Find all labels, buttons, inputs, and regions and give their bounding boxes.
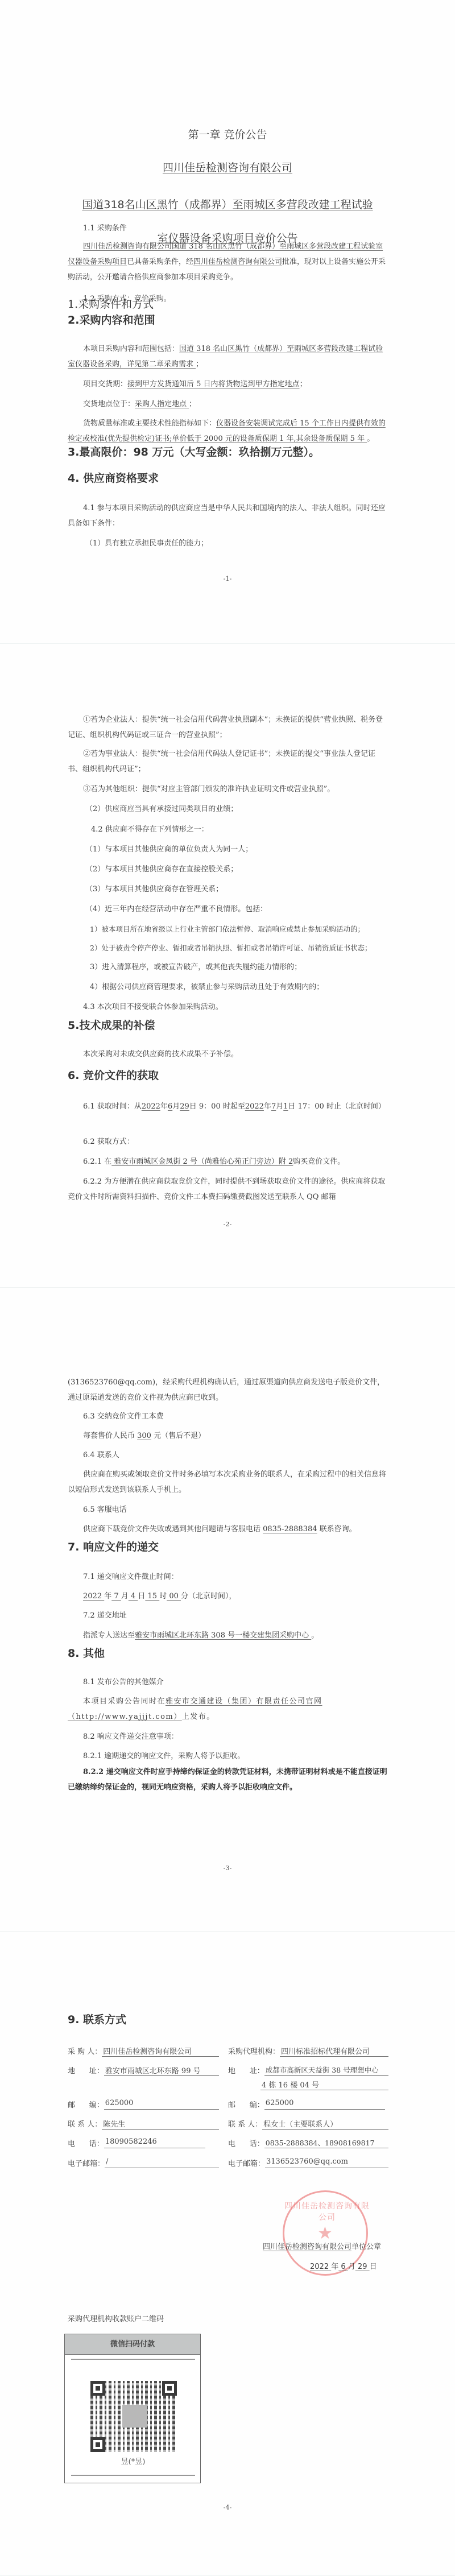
section-6-2-2: 6.2.2 为方便潜在供应商获取竞价文件，同时提供不到场获取竞价文件的途径。供应… bbox=[68, 1174, 389, 1205]
signature-block: 四川佳岳检测咨询有限公司 ★ 四川佳岳检测咨询有限公司单位公章 2022 年 6… bbox=[0, 2159, 455, 2284]
section-8-1: 8.1 发布公告的其他媒介 bbox=[83, 1674, 404, 1690]
exclusion-4-3: 3）进入清算程序，或被宣告破产，或其他丧失履约能力情形的； bbox=[90, 960, 411, 975]
contact-row-name: 采 购 人：四川佳岳检测咨询有限公司 采购代理机构：四川标准招标代理有限公司 bbox=[68, 2045, 389, 2057]
section-2-heading: 2.采购内容和范围 bbox=[68, 312, 155, 327]
wechat-avatar-icon bbox=[122, 2405, 147, 2428]
section-4-1-1-b: ②若为事业法人：提供“统一社会信用代码法人登记证书”；未换证的提交“事业法人登记… bbox=[68, 746, 389, 777]
section-9-heading: 9. 联系方式 bbox=[68, 2011, 126, 2027]
section-8-heading: 8. 其他 bbox=[68, 1645, 105, 1660]
exclusion-4-2: 2）处于被责令停产停业、暂扣或者吊销执照、暂扣或者吊销许可证、吊销资质证书状态； bbox=[90, 940, 397, 956]
fee: 每套售价人民币 300 元（售后不退） bbox=[83, 1428, 404, 1444]
section-6-5-text: 供应商下载竞价文件失败或遇到其他问题请与客服电话 0835-2888384 联系… bbox=[83, 1521, 404, 1537]
agency-phone: 0835-2888384、18908169817 bbox=[264, 2137, 388, 2148]
exclusion-4-1: 1）被本项目所在地省级以上行业主管部门依法暂停、取消响应或禁止参加采购活动的； bbox=[90, 921, 397, 937]
section-6-1: 6.1 获取时间：从2022年6月29日 9：00 时起至2022年7月1日 1… bbox=[68, 1099, 389, 1114]
section-8-1-text: 本项目采购公告同时在雅安市交通建设（集团）有限责任公司官网（http://www… bbox=[68, 1694, 389, 1725]
purchaser-phone: 18090582246 bbox=[104, 2137, 205, 2148]
quality-standard: 货物质量标准或主要技术性能指标如下：仪器设备安装调试完成后 15 个工作日内提供… bbox=[68, 416, 389, 446]
payment-qr-card: 微信扫码付款 昱(*昱) bbox=[64, 2334, 201, 2483]
qr-block: 微信扫码付款 昱(*昱) bbox=[0, 2330, 455, 2489]
contact-row-contact: 联 系 人： 陈先生 联 系 人： 程女士（主要联系人） bbox=[68, 2118, 389, 2130]
section-8-2-1: 8.2.1 逾期递交的响应文件，采购人将予以拒收。 bbox=[83, 1748, 404, 1764]
section-4-1-2: （2）供应商应当具有承接过同类项目的业绩； bbox=[85, 801, 407, 817]
page-3: (3136523760@qq.com)，经采购代理机构确认后，通过原渠道向供应商… bbox=[0, 1288, 455, 1932]
page-2: ①若为企业法人：提供“统一社会信用代码营业执照副本”；未换证的提供“营业执照、税… bbox=[0, 644, 455, 1288]
section-5-text: 本次采购对未成交供应商的技术成果不予补偿。 bbox=[83, 1047, 404, 1062]
section-1-2: 1.2 采购方式：竞价采购。 bbox=[83, 291, 404, 307]
section-4-3: 4.3 本次项目不接受联合体参加采购活动。 bbox=[83, 999, 404, 1015]
page-4: 9. 联系方式 采 购 人：四川佳岳检测咨询有限公司 采购代理机构：四川标准招标… bbox=[0, 1932, 455, 2576]
purchaser-zip: 625000 bbox=[104, 2099, 219, 2110]
contact-row-address-2: 4 栋 16 楼 04 号 bbox=[68, 2079, 389, 2090]
section-6-2-1: 6.2.1 在 雅安市雨城区金凤街 2 号（尚雅怡心苑正门旁边）附 2购买竞价文… bbox=[83, 1154, 404, 1169]
page-1: 第一章 竞价公告 四川佳岳检测咨询有限公司 国道318名山区黑竹（成都界）至雨城… bbox=[0, 0, 455, 644]
section-7-heading: 7. 响应文件的递交 bbox=[68, 1539, 159, 1554]
contact-row-address: 地 址：雅安市雨城区北环东路 99 号 地 址：成都市高新区天益街 38 号理想… bbox=[68, 2065, 389, 2076]
section-1-1-label: 1.1 采购条件 bbox=[83, 221, 404, 236]
section-4-1-1: （1）具有独立承担民事责任的能力； bbox=[85, 536, 407, 551]
section-4-1: 4.1 参与本项目采购活动的供应商应当是中华人民共和国境内的法人、非法人组织。同… bbox=[68, 501, 389, 531]
payee-name: 昱(*昱) bbox=[65, 2455, 201, 2466]
section-5-heading: 5.技术成果的补偿 bbox=[68, 1017, 155, 1032]
page-number: -2- bbox=[0, 1221, 455, 1228]
qr-code-icon[interactable] bbox=[90, 2381, 177, 2452]
section-6-heading: 6. 竞价文件的获取 bbox=[68, 1067, 159, 1082]
submission-address: 指派专人送达至雅安市雨城区北环东路 308 号一楼交建集团采购中心 。 bbox=[83, 1628, 404, 1643]
scope: 本项目采购内容和范围包括：国道 318 名山区黑竹（成都界）至雨城区多营段改建工… bbox=[68, 341, 389, 372]
chapter-title: 第一章 竞价公告 bbox=[0, 126, 455, 142]
section-7-2: 7.2 递交地址 bbox=[83, 1608, 404, 1623]
purchaser-address: 雅安市雨城区北环东路 99 号 bbox=[104, 2065, 219, 2076]
section-7-1: 7.1 递交响应文件截止时间： bbox=[83, 1569, 404, 1585]
section-6-5: 6.5 客服电话 bbox=[83, 1502, 404, 1518]
exclusion-1: （1）与本项目其他供应商的单位负责人为同一人； bbox=[85, 842, 407, 857]
delivery-location: 交货地点位于：采购人指定地点 ； bbox=[68, 396, 389, 412]
section-6-3: 6.3 交纳竞价文件工本费 bbox=[83, 1409, 404, 1424]
section-1-1-text: 四川佳岳检测咨询有限公司国道 318 名山区黑竹（成都界）至雨城区多营段改建工程… bbox=[68, 239, 389, 285]
deadline: 2022 年 7 月 4 日 15 时 00 分（北京时间）， bbox=[83, 1589, 404, 1604]
purchaser-name: 四川佳岳检测咨询有限公司 bbox=[102, 2045, 219, 2057]
agency-address-line2: 4 栋 16 楼 04 号 bbox=[260, 2079, 388, 2090]
page-number: -1- bbox=[0, 575, 455, 582]
section-4-1-1-a: ①若为企业法人：提供“统一社会信用代码营业执照副本”；未换证的提供“营业执照、税… bbox=[68, 712, 389, 743]
qr-header: 微信扫码付款 bbox=[65, 2334, 200, 2355]
section-3-heading: 3.最高限价：98 万元（大写金额：玖拾捌万元整）。 bbox=[68, 444, 320, 459]
delivery-period: 项目交货期：接到甲方发货通知后 5 日内将货物送到甲方指定地点； bbox=[68, 377, 389, 392]
page-number: -3- bbox=[0, 1864, 455, 1872]
contact-row-phone: 电 话：18090582246 电 话： 0835-2888384、189081… bbox=[68, 2137, 389, 2148]
exclusion-4: （4）近三年内在经营活动中存在严重不良情形。包括： bbox=[85, 902, 407, 917]
exclusion-4-4: 4）根据公司供应商管理要求，被禁止参与采购活动且处于有效期内的； bbox=[90, 979, 411, 995]
section-4-2: 4.2 供应商不得存在下列情形之一： bbox=[91, 822, 412, 837]
agency-address: 成都市高新区天益街 38 号理想中心 bbox=[264, 2065, 388, 2076]
page-number: -4- bbox=[0, 2504, 455, 2511]
exclusion-3: （3）与本项目其他供应商存在管理关系； bbox=[85, 882, 407, 897]
section-6-2: 6.2 获取方式： bbox=[83, 1134, 404, 1150]
section-8-2: 8.2 响应文件递交注意事项： bbox=[83, 1729, 404, 1744]
company-title: 四川佳岳检测咨询有限公司 bbox=[0, 159, 455, 175]
agency-contact: 程女士（主要联系人） bbox=[262, 2118, 388, 2130]
section-6-2-2-cont: (3136523760@qq.com)，经采购代理机构确认后，通过原渠道向供应商… bbox=[68, 1375, 389, 1405]
signature-date: 2022 年 6 月 29 日 bbox=[310, 2260, 377, 2271]
qr-caption: 采购代理机构收款账户二维码 bbox=[68, 2312, 389, 2327]
agency-zip: 625000 bbox=[264, 2099, 385, 2110]
section-8-2-2: 8.2.2 递交响应文件时应手持缔约保证金的转款凭证材料，未携带证明材料或是不能… bbox=[68, 1764, 389, 1795]
section-6-4: 6.4 联系人 bbox=[83, 1448, 404, 1463]
signature-company: 四川佳岳检测咨询有限公司单位公章 bbox=[263, 2240, 381, 2251]
section-4-heading: 4. 供应商资格要求 bbox=[68, 470, 159, 485]
contact-row-zip: 邮 编： 625000 邮 编：625000 bbox=[68, 2099, 389, 2110]
project-title-line1: 国道318名山区黑竹（成都界）至雨城区多营段改建工程试验 bbox=[0, 196, 455, 212]
purchaser-contact: 陈先生 bbox=[102, 2118, 219, 2130]
section-6-4-text: 供应商在购买或领取竞价文件时务必填写本次采购业务的联系人，在采购过程中的相关信息… bbox=[68, 1467, 389, 1498]
agency-name: 四川标准招标代理有限公司 bbox=[280, 2045, 388, 2057]
section-4-1-1-c: ③若为其他组织：提供“对应主管部门颁发的准许执业证明文件或营业执照”。 bbox=[68, 782, 389, 797]
exclusion-2: （2）与本项目其他供应商存在直接控股关系； bbox=[85, 862, 407, 877]
